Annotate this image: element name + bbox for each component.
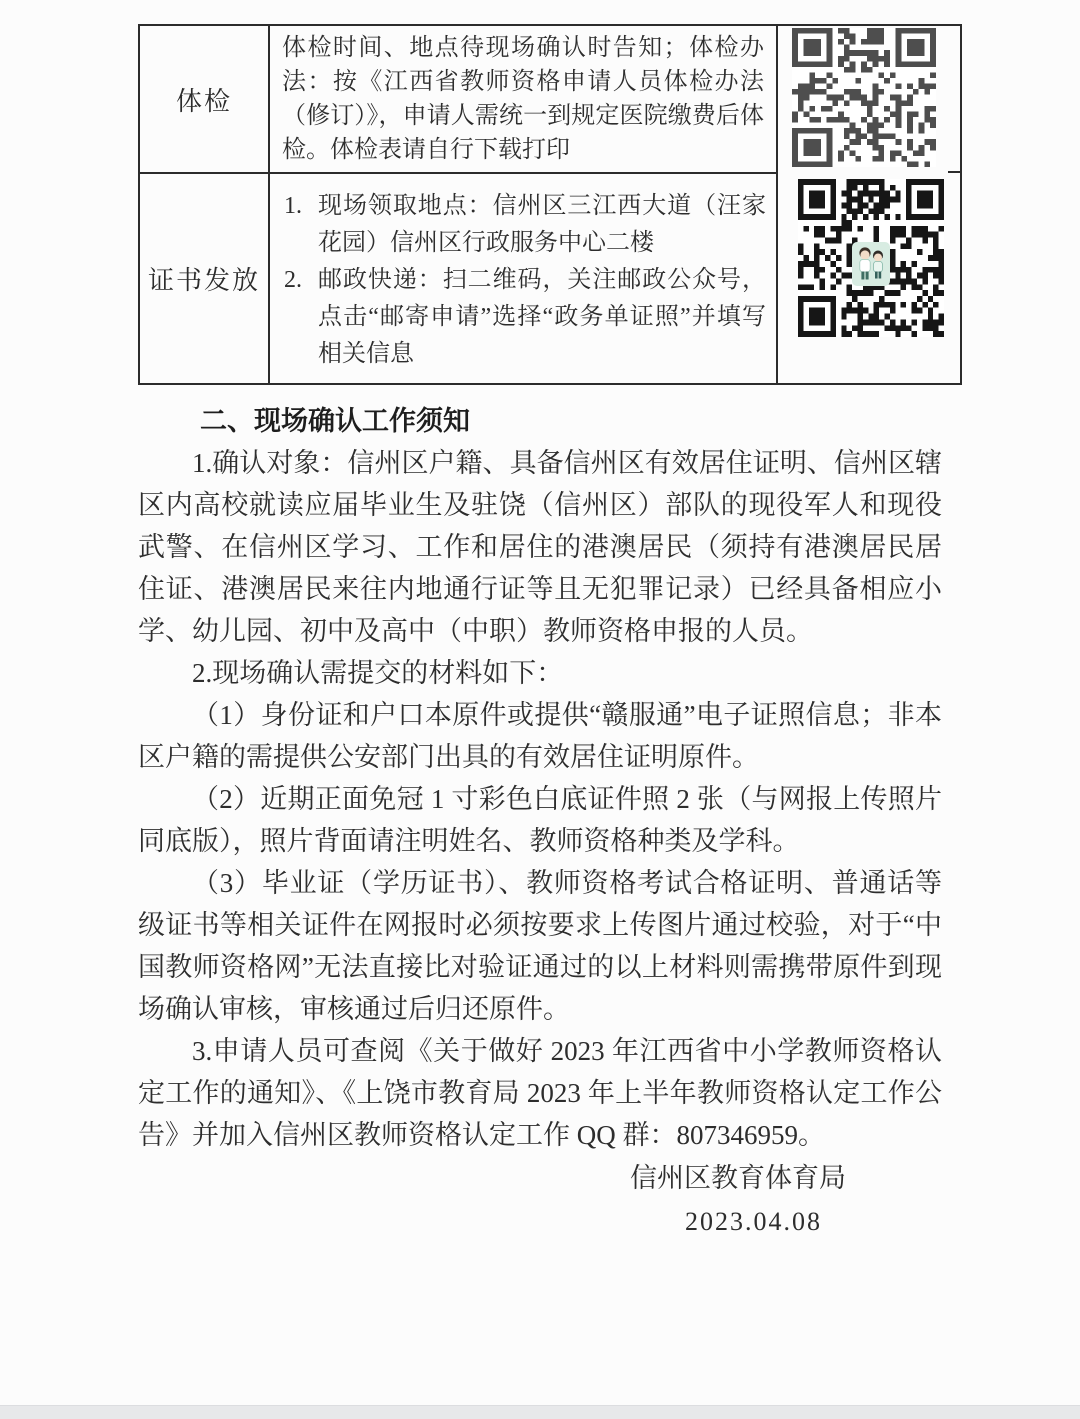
physical-exam-text: 体检时间、地点待现场确认时告知；体检办法：按《江西省教师资格申请人员体检办法（修…: [270, 26, 776, 172]
signature-organization: 信州区教育体育局: [138, 1156, 942, 1200]
paragraph-material-2: （2）近期正面免冠 1 寸彩色白底证件照 2 张（与网报上传照片同底版），照片背…: [138, 778, 942, 862]
table-row-certificate-issue: 证书发放 1. 现场领取地点：信州区三江西大道（汪家花园）信州区行政服务中心二楼…: [139, 173, 961, 384]
paragraph-confirm-targets: 1.确认对象：信州区户籍、具备信州区有效居住证明、信州区辖区内高校就读应届毕业生…: [138, 442, 942, 652]
row-label-cell: 体检: [139, 25, 269, 173]
document-body: 体检 体检时间、地点待现场确认时告知；体检办法：按《江西省教师资格申请人员体检办…: [138, 24, 960, 1244]
row-label-cell: 证书发放: [139, 173, 269, 384]
paragraph-material-3: （3）毕业证（学历证书）、教师资格考试合格证明、普通话等级证书等相关证件在网报时…: [138, 862, 942, 1030]
qr-cell: [777, 25, 961, 173]
row-label: 证书发放: [148, 266, 260, 295]
certification-steps-table: 体检 体检时间、地点待现场确认时告知；体检办法：按《江西省教师资格申请人员体检办…: [138, 24, 962, 385]
scan-edge-strip: [0, 1405, 1080, 1419]
list-item-number: 1.: [284, 188, 318, 262]
paragraph-reference-notices: 3.申请人员可查阅《关于做好 2023 年江西省中小学教师资格认定工作的通知》、…: [138, 1030, 942, 1156]
list-item: 2. 邮政快递：扫二维码，关注邮政公众号，点击“邮寄申请”选择“政务单证照”并填…: [284, 262, 766, 373]
table-row-physical-exam: 体检 体检时间、地点待现场确认时告知；体检办法：按《江西省教师资格申请人员体检办…: [139, 25, 961, 173]
paragraph-materials-intro: 2.现场确认需提交的材料如下：: [138, 652, 942, 694]
list-item-number: 2.: [284, 262, 318, 373]
row-content-cell: 体检时间、地点待现场确认时告知；体检办法：按《江西省教师资格申请人员体检办法（修…: [269, 25, 777, 173]
list-item-text: 邮政快递：扫二维码，关注邮政公众号，点击“邮寄申请”选择“政务单证照”并填写相关…: [318, 262, 766, 373]
certificate-issue-list: 1. 现场领取地点：信州区三江西大道（汪家花园）信州区行政服务中心二楼 2. 邮…: [270, 174, 776, 383]
signature-date: 2023.04.08: [138, 1200, 942, 1244]
scanned-notice-page: 体检 体检时间、地点待现场确认时告知；体检办法：按《江西省教师资格申请人员体检办…: [0, 0, 1080, 1419]
qr-cell: [777, 173, 961, 384]
row-content-cell: 1. 现场领取地点：信州区三江西大道（汪家花园）信州区行政服务中心二楼 2. 邮…: [269, 173, 777, 384]
list-item: 1. 现场领取地点：信州区三江西大道（汪家花园）信州区行政服务中心二楼: [284, 188, 766, 262]
paragraph-material-1: （1）身份证和户口本原件或提供“赣服通”电子证照信息；非本区户籍的需提供公安部门…: [138, 694, 942, 778]
list-item-text: 现场领取地点：信州区三江西大道（汪家花园）信州区行政服务中心二楼: [318, 188, 766, 262]
table-border-fragment: [948, 171, 962, 173]
physical-exam-qr-code: [792, 28, 936, 167]
row-label: 体检: [176, 87, 232, 116]
postal-mascot-icon: [852, 242, 890, 286]
section-heading: 二、现场确认工作须知: [138, 400, 960, 442]
